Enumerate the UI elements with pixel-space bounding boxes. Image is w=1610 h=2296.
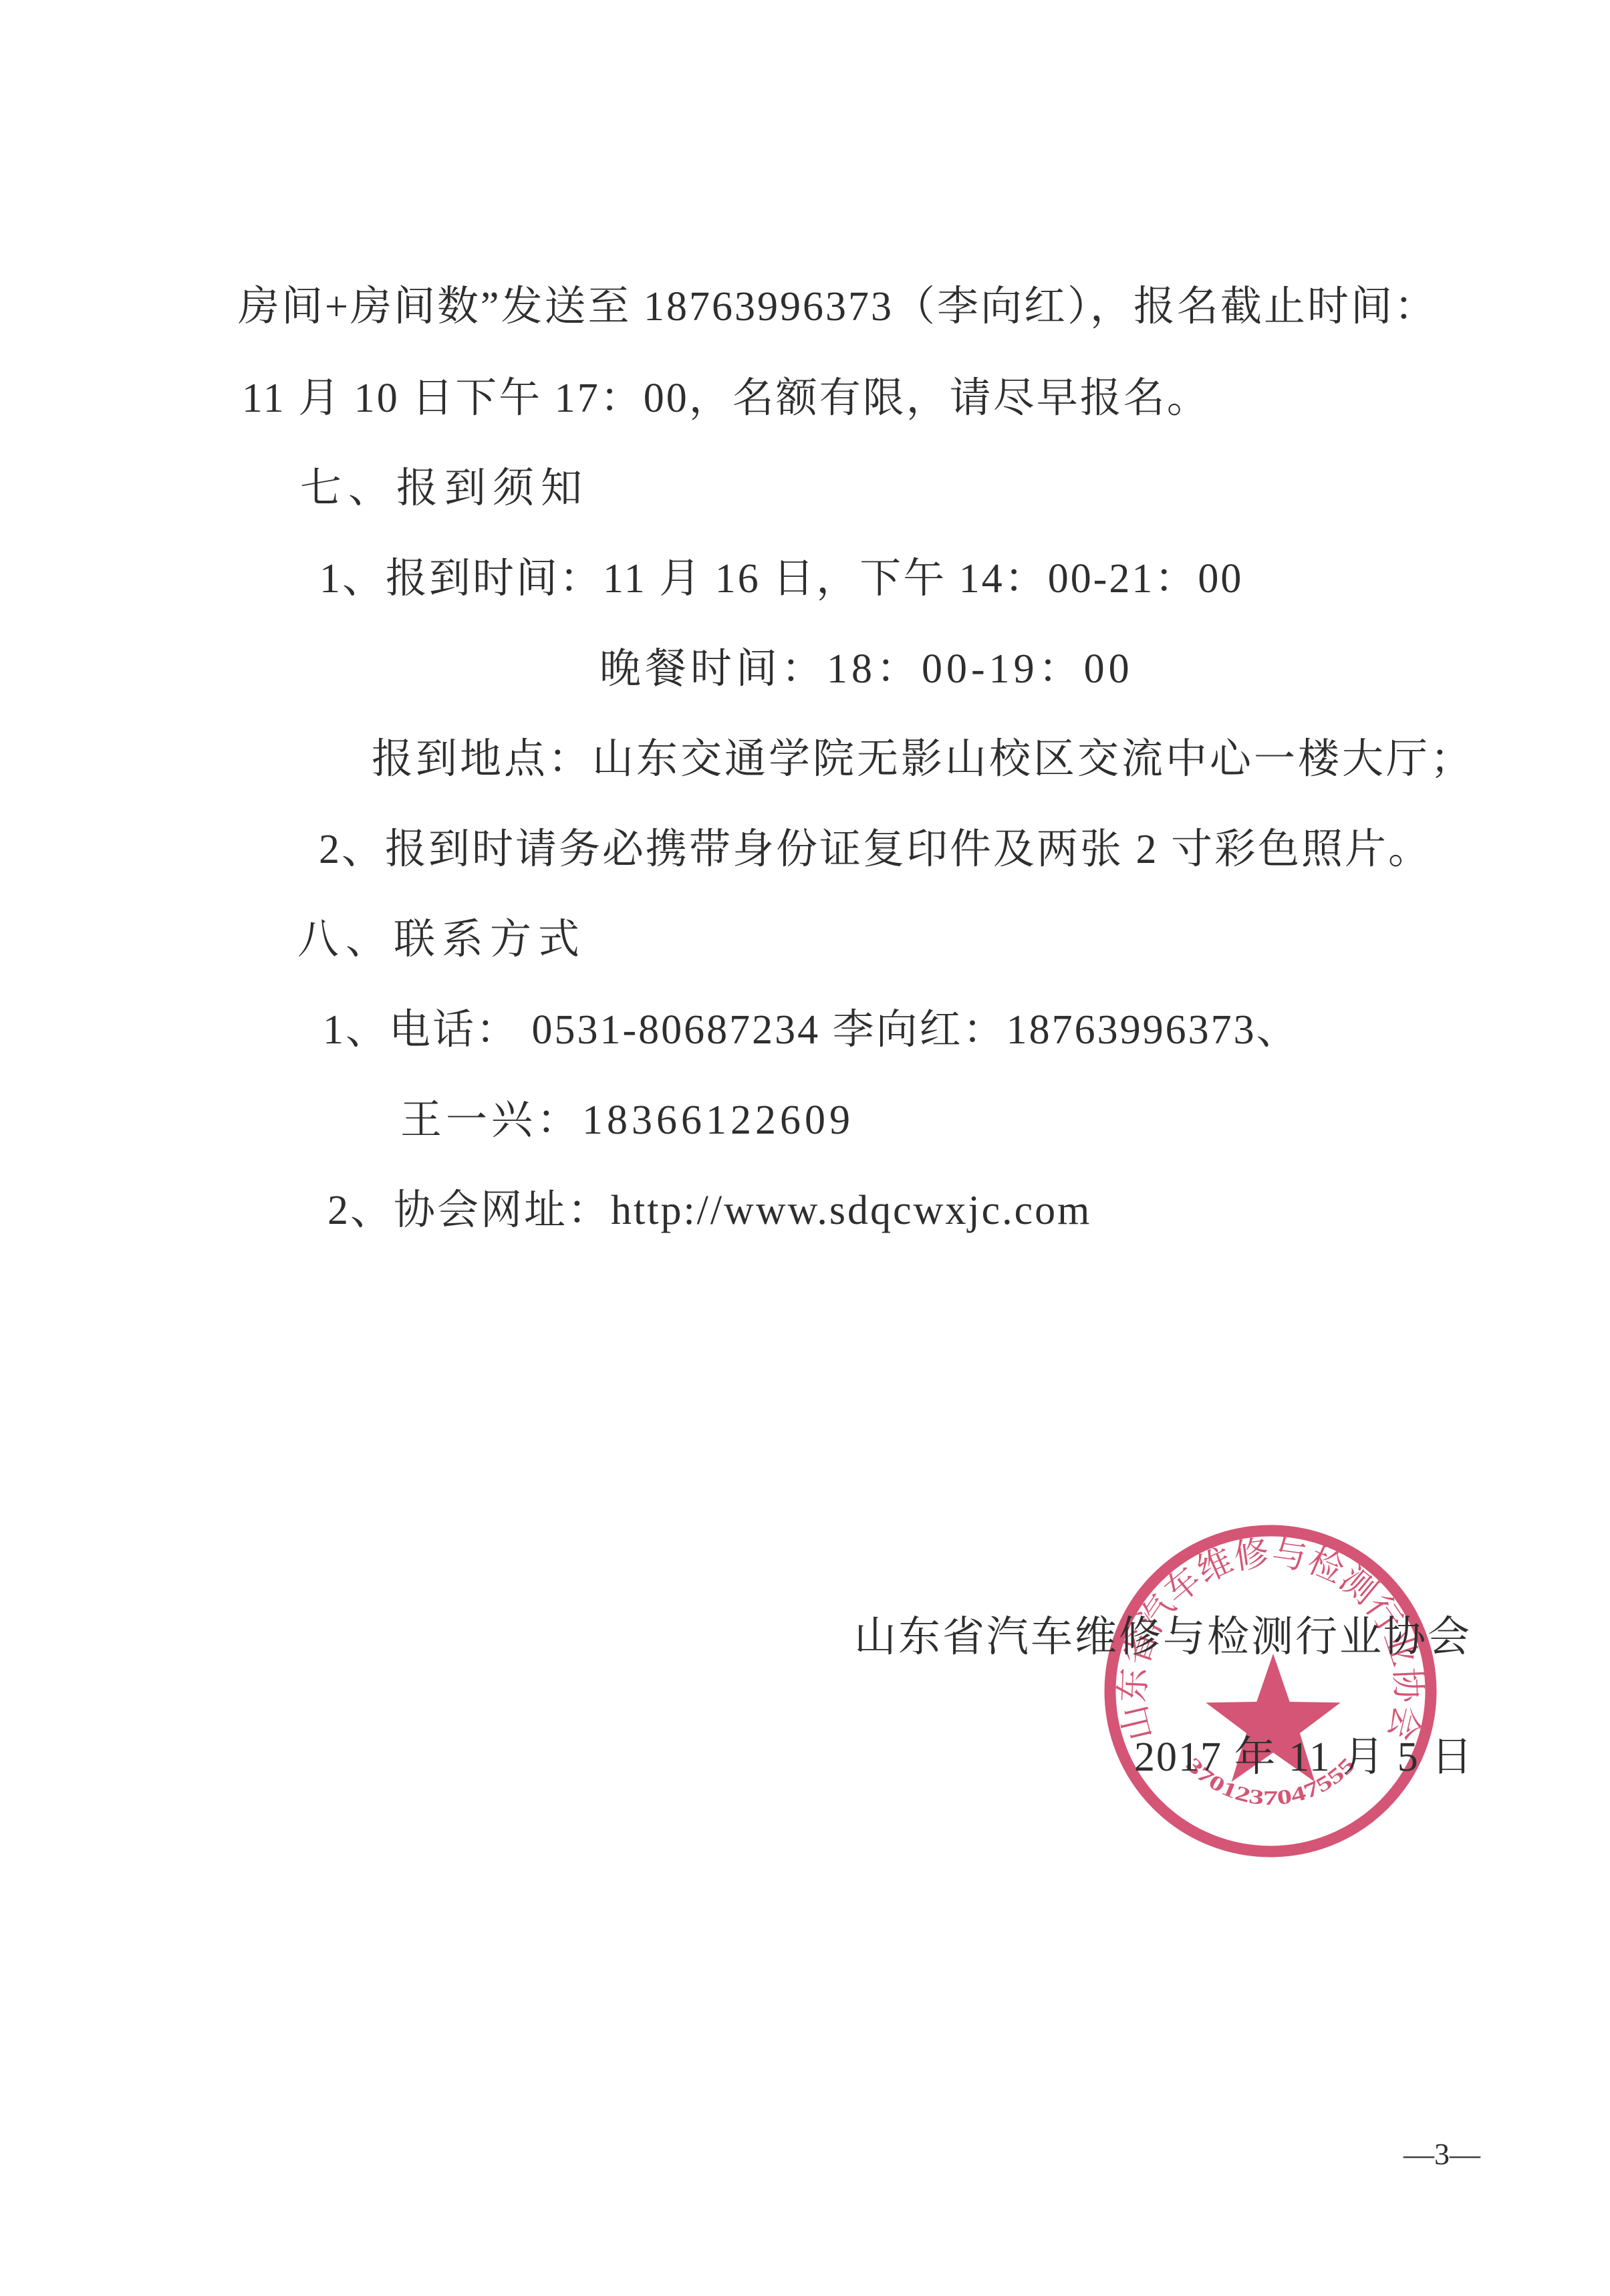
body-line-11: 2、协会网址：http://www.sdqcwxjc.com bbox=[327, 1176, 1091, 1236]
body-line-6: 报到地点：山东交通学院无影山校区交流中心一楼大厅； bbox=[372, 725, 1474, 785]
signature-date: 2017 年 11 月 5 日 bbox=[1134, 1723, 1474, 1783]
body-line-8: 八、联系方式 bbox=[297, 906, 586, 965]
document-page: 房间+房间数”发送至 18763996373（李向红），报名截止时间： 11 月… bbox=[0, 0, 1610, 2296]
body-line-3: 七、报到须知 bbox=[300, 455, 589, 514]
body-line-9: 1、电话： 0531-80687234 李向红：18763996373、 bbox=[323, 996, 1300, 1055]
body-line-2: 11 月 10 日下午 17：00，名额有限，请尽早报名。 bbox=[242, 364, 1210, 424]
signature-organization: 山东省汽车维修与检测行业协会 bbox=[854, 1603, 1472, 1664]
body-line-10: 王一兴：18366122609 bbox=[400, 1086, 854, 1146]
page-number: —3— bbox=[1403, 2136, 1480, 2172]
body-line-7: 2、报到时请务必携带身份证复印件及两张 2 寸彩色照片。 bbox=[319, 815, 1432, 875]
official-seal: 山东省汽车维修与检测行业协会 3701237047555 bbox=[1099, 1519, 1442, 1861]
body-line-1: 房间+房间数”发送至 18763996373（李向红），报名截止时间： bbox=[238, 273, 1438, 332]
body-line-4: 1、报到时间：11 月 16 日，下午 14：00-21：00 bbox=[319, 545, 1243, 604]
body-line-5: 晚餐时间：18：00-19：00 bbox=[599, 635, 1133, 694]
